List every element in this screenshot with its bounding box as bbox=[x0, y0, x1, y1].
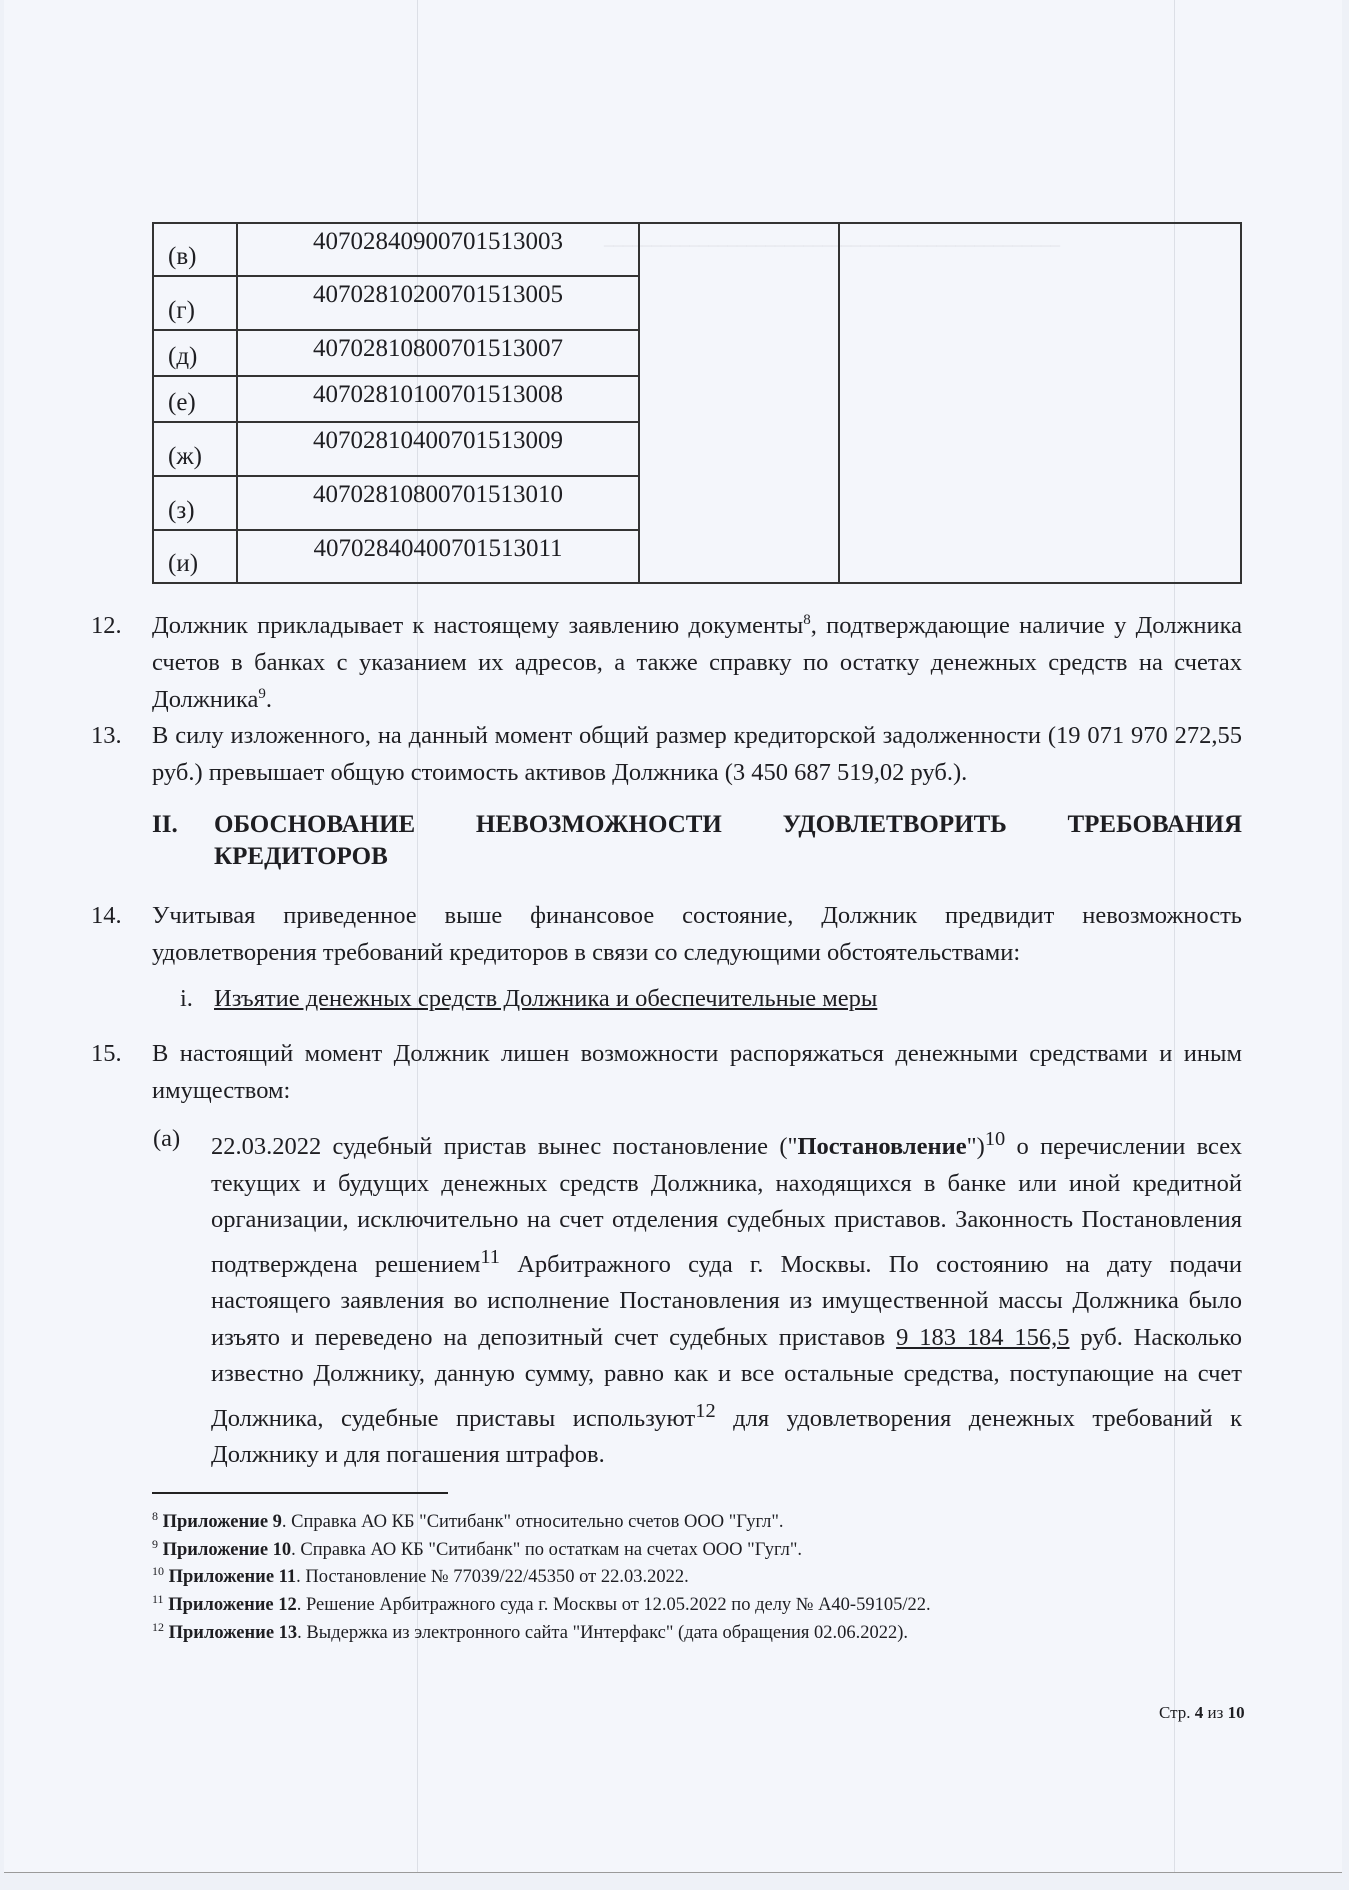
footnote-number: 10 bbox=[152, 1564, 164, 1578]
footnote-11: 11 Приложение 12. Решение Арбитражного с… bbox=[152, 1589, 931, 1617]
appendix-ref: Приложение 10 bbox=[163, 1540, 292, 1560]
footnote-ref-9[interactable]: 9 bbox=[258, 686, 266, 702]
paragraph-15a: (а) 22.03.2022 судебный пристав вынес по… bbox=[211, 1121, 1242, 1474]
row-label: (д) bbox=[153, 330, 237, 376]
account-number: 40702810100701513008 bbox=[237, 376, 639, 422]
defined-term: Постановление bbox=[797, 1133, 966, 1160]
paragraph-13: 13. В силу изложенного, на данный момент… bbox=[152, 717, 1242, 791]
row-label: (г) bbox=[153, 276, 237, 330]
appendix-ref: Приложение 9 bbox=[163, 1512, 282, 1532]
footnote-number: 11 bbox=[152, 1592, 164, 1606]
table-row: (в)40702840900701513003 bbox=[153, 223, 1241, 276]
paragraph-12: 12. Должник прикладывает к настоящему за… bbox=[152, 607, 1242, 718]
footnote-9: 9 Приложение 10. Справка АО КБ "Ситибанк… bbox=[152, 1534, 931, 1562]
footnote-number: 12 bbox=[152, 1620, 164, 1634]
account-number: 40702810200701513005 bbox=[237, 276, 639, 330]
page-number: Стр. 4 из 10 bbox=[1159, 1703, 1245, 1723]
paragraph-15: 15. В настоящий момент Должник лишен воз… bbox=[152, 1035, 1242, 1109]
footnote-ref-8[interactable]: 8 bbox=[803, 612, 811, 628]
row-label: (ж) bbox=[153, 422, 237, 476]
subsection-heading-i: i. Изъятие денежных средств Должника и о… bbox=[214, 982, 877, 1016]
account-number: 40702840400701513011 bbox=[237, 530, 639, 583]
appendix-ref: Приложение 11 bbox=[169, 1567, 297, 1587]
account-number: 40702810800701513007 bbox=[237, 330, 639, 376]
account-number: 40702840900701513003 bbox=[237, 223, 639, 276]
footnote-ref-11[interactable]: 11 bbox=[480, 1246, 500, 1268]
footnote-ref-10[interactable]: 10 bbox=[985, 1128, 1005, 1150]
row-label: (е) bbox=[153, 376, 237, 422]
account-number: 40702810400701513009 bbox=[237, 422, 639, 476]
bank-accounts-table: (в)40702840900701513003(г)40702810200701… bbox=[152, 222, 1242, 584]
footnote-separator bbox=[152, 1492, 448, 1494]
footnote-12: 12 Приложение 13. Выдержка из электронно… bbox=[152, 1617, 931, 1645]
seized-amount: 9 183 184 156,5 bbox=[896, 1324, 1069, 1351]
appendix-ref: Приложение 12 bbox=[168, 1595, 297, 1615]
bank-cell bbox=[639, 223, 839, 583]
row-label: (в) bbox=[153, 223, 237, 276]
appendix-ref: Приложение 13 bbox=[169, 1623, 298, 1643]
footnote-number: 8 bbox=[152, 1509, 158, 1523]
paragraph-14: 14. Учитывая приведенное выше финансовое… bbox=[152, 897, 1242, 971]
section-heading-2: II. ОБОСНОВАНИЕ НЕВОЗМОЖНОСТИ УДОВЛЕТВОР… bbox=[214, 809, 1242, 873]
account-number: 40702810800701513010 bbox=[237, 476, 639, 530]
row-label: (з) bbox=[153, 476, 237, 530]
footnote-ref-12[interactable]: 12 bbox=[695, 1400, 715, 1422]
row-label: (и) bbox=[153, 530, 237, 583]
footnote-8: 8 Приложение 9. Справка АО КБ "Ситибанк"… bbox=[152, 1506, 931, 1534]
footnote-number: 9 bbox=[152, 1537, 158, 1551]
footnotes: 8 Приложение 9. Справка АО КБ "Ситибанк"… bbox=[152, 1506, 931, 1644]
footnote-10: 10 Приложение 11. Постановление № 77039/… bbox=[152, 1561, 931, 1589]
document-page: ________________________________________… bbox=[4, 0, 1342, 1873]
bank-address-cell bbox=[839, 223, 1241, 583]
